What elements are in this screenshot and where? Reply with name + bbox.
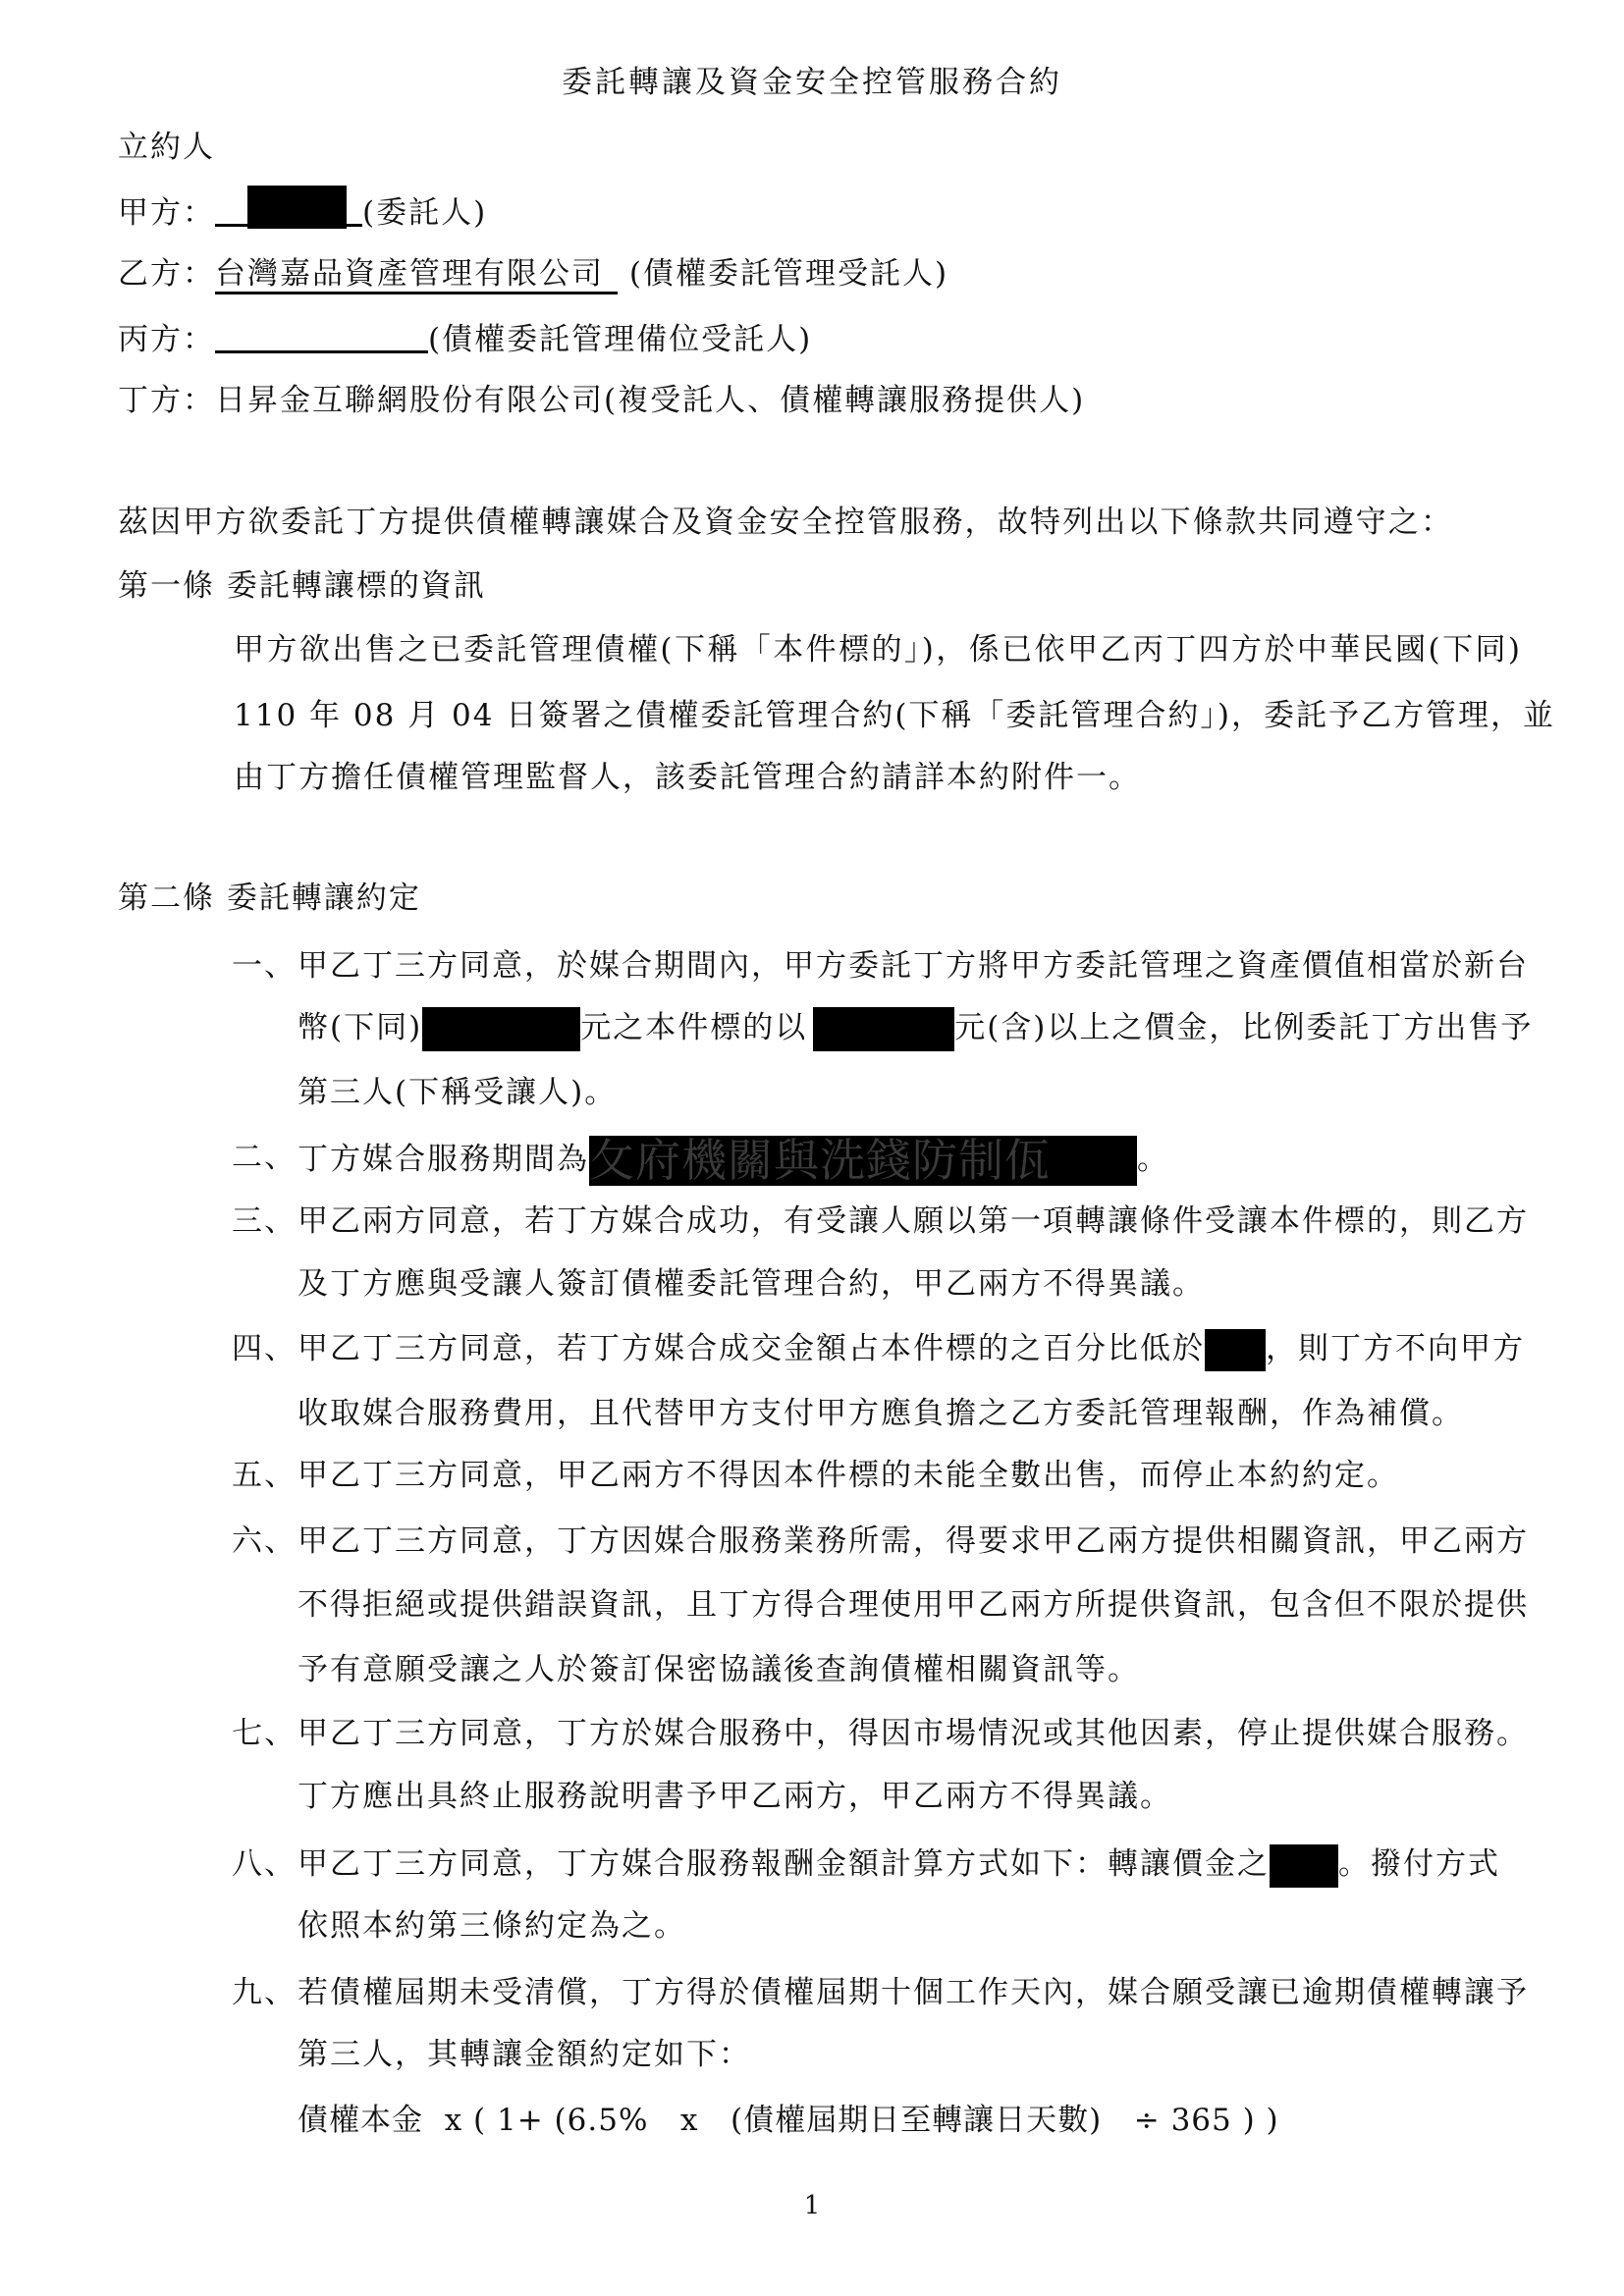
article1-line: 110 年 08 月 04 日簽署之債權委託管理合約(下稱「委託管理合約」)，委… xyxy=(234,694,1522,737)
text-segment: 甲乙丁三方同意，丁方媒合服務報酬金額計算方式如下：轉讓價金之 xyxy=(298,1846,1270,1882)
item-5-line: 甲乙丁三方同意，甲乙兩方不得因本件標的未能全數出售，而停止本約約定。 xyxy=(298,1454,1399,1497)
party-ding-label: 丁方： xyxy=(118,383,215,418)
item-3-line: 及丁方應與受讓人簽訂債權委託管理合約，甲乙兩方不得異議。 xyxy=(298,1262,1205,1306)
text-segment: 丁方媒合服務期間為 xyxy=(298,1142,589,1177)
item-number: 六、 xyxy=(232,1520,297,1563)
text-segment: 。 xyxy=(1137,1142,1169,1177)
parties-heading: 立約人 xyxy=(118,126,215,169)
redaction-box xyxy=(813,1007,954,1051)
item-7-line: 丁方應出具終止服務說明書予甲乙兩方，甲乙兩方不得異議。 xyxy=(298,1775,1172,1818)
redaction-box-with-watermark: 攵府機關與洗錢防制佤 xyxy=(589,1136,1137,1186)
item-1-line: 甲乙丁三方同意，於媒合期間內，甲方委託丁方將甲方委託管理之資產價值相當於新台 xyxy=(298,944,1522,988)
item-4-line: 甲乙丁三方同意，若丁方媒合成交金額占本件標的之百分比低於，則丁方不向甲方 xyxy=(298,1327,1525,1370)
party-yi-label: 乙方： xyxy=(118,256,215,292)
text-segment: 幣(下同) xyxy=(298,1010,422,1045)
item-number: 四、 xyxy=(232,1327,297,1370)
item-number: 八、 xyxy=(232,1842,297,1886)
document-title: 委託轉讓及資金安全控管服務合約 xyxy=(0,61,1624,104)
text-segment: ，則丁方不向甲方 xyxy=(1266,1331,1525,1366)
article1-line: 由丁方擔任債權管理監督人，該委託管理合約請詳本約附件一。 xyxy=(234,756,1141,799)
item-number: 三、 xyxy=(232,1200,297,1243)
party-ding-line: 丁方：日昇金互聯網股份有限公司(複受託人、債權轉讓服務提供人) xyxy=(118,379,1085,422)
party-jia-label: 甲方： xyxy=(118,195,215,231)
item-number: 二、 xyxy=(232,1136,297,1179)
item-8-line: 甲乙丁三方同意，丁方媒合服務報酬金額計算方式如下：轉讓價金之。撥付方式 xyxy=(298,1842,1500,1886)
article1-heading: 第一條 委託轉讓標的資訊 xyxy=(118,564,486,608)
redaction-box xyxy=(1270,1844,1338,1888)
party-jia-line: 甲方：(委託人) xyxy=(118,188,487,232)
party-bing-role: (債權委託管理備位受託人) xyxy=(428,322,812,357)
text-segment: 元(含)以上之價金，比例委託丁方出售予 xyxy=(954,1010,1533,1045)
party-jia-name-field xyxy=(215,188,362,227)
party-bing-name-field xyxy=(215,315,428,353)
item-6-line: 不得拒絕或提供錯誤資訊，且丁方得合理使用甲乙兩方所提供資訊，包含但不限於提供 xyxy=(298,1583,1522,1627)
article1-line: 甲方欲出售之已委託管理債權(下稱「本件標的」)，係已依甲乙丙丁四方於中華民國(下… xyxy=(234,628,1522,671)
item-8-line: 依照本約第三條約定為之。 xyxy=(298,1904,686,1948)
item-9-line: 若債權屆期未受清償，丁方得於債權屆期十個工作天內，媒合願受讓已逾期債權轉讓予 xyxy=(298,1971,1522,2014)
item-6-line: 予有意願受讓之人於簽訂保密協議後查詢債權相關資訊等。 xyxy=(298,1648,1140,1691)
party-yi-role: (債權委託管理受託人) xyxy=(618,256,948,292)
article2-heading: 第二條 委託轉讓約定 xyxy=(118,877,421,920)
item-2-line: 丁方媒合服務期間為攵府機關與洗錢防制佤。 xyxy=(298,1136,1169,1179)
page-number: 1 xyxy=(0,2191,1624,2220)
party-jia-role: (委託人) xyxy=(362,195,487,231)
item-1-line: 第三人(下稱受讓人)。 xyxy=(298,1071,617,1114)
party-yi-name: 台灣嘉品資產管理有限公司 xyxy=(215,256,618,294)
item-6-line: 甲乙丁三方同意，丁方因媒合服務業務所需，得要求甲乙兩方提供相關資訊，甲乙兩方 xyxy=(298,1520,1522,1563)
party-bing-label: 丙方： xyxy=(118,322,215,357)
contract-page: 委託轉讓及資金安全控管服務合約 立約人 甲方：(委託人) 乙方：台灣嘉品資產管理… xyxy=(0,0,1624,2296)
item-number: 一、 xyxy=(232,944,297,988)
redaction-box xyxy=(247,186,347,229)
party-bing-line: 丙方：(債權委託管理備位受託人) xyxy=(118,315,812,358)
item-1-line: 幣(下同)元之本件標的以元(含)以上之價金，比例委託丁方出售予 xyxy=(298,1006,1533,1049)
redaction-box xyxy=(422,1007,580,1051)
item-number: 七、 xyxy=(232,1712,297,1755)
item-3-line: 甲乙兩方同意，若丁方媒合成功，有受讓人願以第一項轉讓條件受讓本件標的，則乙方 xyxy=(298,1200,1522,1243)
party-ding-text: 日昇金互聯網股份有限公司(複受託人、債權轉讓服務提供人) xyxy=(215,383,1085,418)
item-9-line: 第三人，其轉讓金額約定如下： xyxy=(298,2033,751,2076)
preamble: 茲因甲方欲委託丁方提供債權轉讓媒合及資金安全控管服務，故特列出以下條款共同遵守之… xyxy=(118,501,1453,544)
text-segment: 。撥付方式 xyxy=(1338,1846,1500,1882)
item-4-line: 收取媒合服務費用，且代替甲方支付甲方應負擔之乙方委託管理報酬，作為補償。 xyxy=(298,1392,1464,1435)
redaction-box xyxy=(1205,1329,1266,1371)
text-segment: 元之本件標的以 xyxy=(580,1010,807,1045)
item-number: 五、 xyxy=(232,1454,297,1497)
item-number: 九、 xyxy=(232,1971,297,2014)
text-segment: 甲乙丁三方同意，若丁方媒合成交金額占本件標的之百分比低於 xyxy=(298,1331,1205,1366)
party-yi-line: 乙方：台灣嘉品資產管理有限公司 (債權委託管理受託人) xyxy=(118,252,948,295)
transfer-amount-formula: 債權本金 x ( 1+ (6.5% x (債權屆期日至轉讓日天數) ÷ 365 … xyxy=(298,2099,1279,2142)
item-7-line: 甲乙丁三方同意，丁方於媒合服務中，得因市場情況或其他因素，停止提供媒合服務。 xyxy=(298,1712,1522,1755)
